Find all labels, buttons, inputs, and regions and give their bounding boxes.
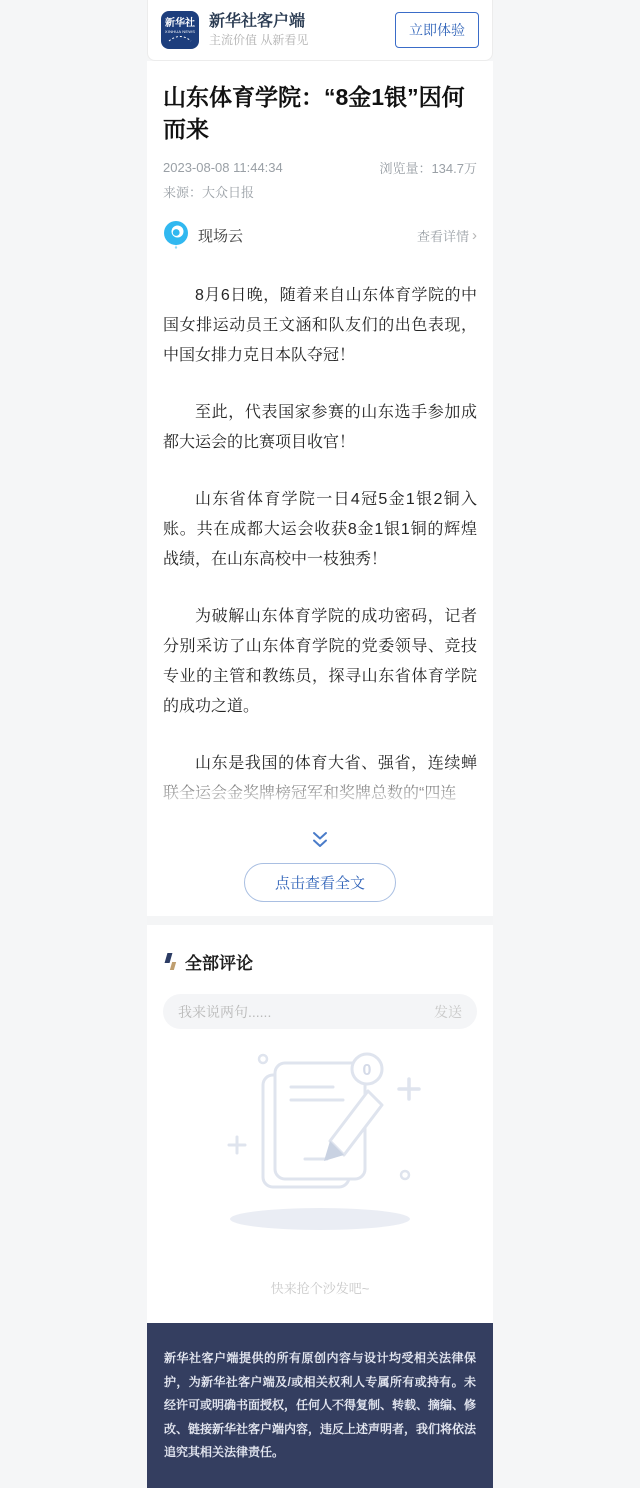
paragraph: 至此，代表国家参赛的山东选手参加成都大运会的比赛项目收官！ [163, 398, 477, 458]
legal-footer: 新华社客户端提供的所有原创内容与设计均受相关法律保护，为新华社客户端及/或相关权… [147, 1323, 493, 1488]
xinhua-logo: 新华社 XINHUA NEWS [161, 11, 199, 49]
text-fade-overlay [163, 767, 477, 809]
live-cloud-icon [163, 221, 189, 249]
article-body: 8月6日晚，随着来自山东体育学院的中国女排运动员王文涵和队友们的出色表现，中国女… [163, 281, 477, 809]
app-slogan: 主流价值 从新看见 [209, 32, 308, 48]
page-column: 新华社 XINHUA NEWS 新华社客户端 主流价值 从新看见 立即体验 山东… [147, 0, 493, 1488]
send-button[interactable]: 发送 [434, 1002, 462, 1022]
channel-row[interactable]: 现场云 查看详情 › [163, 221, 477, 249]
logo-en-text: XINHUA NEWS [165, 29, 195, 34]
comment-input-pill: 发送 [163, 994, 477, 1029]
app-header-card: 新华社 XINHUA NEWS 新华社客户端 主流价值 从新看见 立即体验 [147, 0, 493, 61]
legal-text: 新华社客户端提供的所有原创内容与设计均受相关法律保护，为新华社客户端及/或相关权… [164, 1347, 476, 1464]
paragraph: 山东省体育学院一日4冠5金1银2铜入账。共在成都大运会收获8金1银1铜的辉煌战绩… [163, 485, 477, 575]
chevron-right-icon: › [472, 229, 477, 242]
illustration-shadow [230, 1208, 410, 1230]
channel-name: 现场云 [198, 225, 417, 246]
empty-comments-hint: 快来抢个沙发吧~ [163, 1278, 477, 1297]
truncated-paragraph-wrap: 山东是我国的体育大省、强省，连续蝉联全运会金奖牌榜冠军和奖牌总数的“四连 [163, 749, 477, 809]
no-comments-illustration: 0 [163, 1047, 477, 1230]
app-identity: 新华社 XINHUA NEWS 新华社客户端 主流价值 从新看见 [161, 11, 308, 49]
comments-section: 全部评论 发送 0 快来抢个沙发吧~ [147, 925, 493, 1323]
article-source: 来源：大众日报 [163, 182, 477, 201]
section-divider [147, 916, 493, 925]
view-full-text-button[interactable]: 点击查看全文 [244, 863, 396, 902]
article-title: 山东体育学院：“8金1银”因何而来 [163, 81, 477, 145]
expand-area: 点击查看全文 [163, 809, 477, 916]
comments-header: 全部评论 [163, 949, 477, 974]
notepad-pencil-icon: 0 [205, 1047, 435, 1197]
logo-cn-text: 新华社 [165, 18, 195, 29]
app-name-block: 新华社客户端 主流价值 从新看见 [209, 12, 308, 48]
publish-time: 2023-08-08 11:44:34 [163, 160, 283, 175]
double-chevron-down-icon[interactable] [309, 831, 331, 854]
article-section: 山东体育学院：“8金1银”因何而来 2023-08-08 11:44:34 浏览… [147, 61, 493, 916]
view-count: 浏览量：134.7万 [379, 158, 477, 177]
paragraph: 8月6日晚，随着来自山东体育学院的中国女排运动员王文涵和队友们的出色表现，中国女… [163, 281, 477, 371]
empty-count-badge: 0 [363, 1062, 372, 1079]
view-details-link[interactable]: 查看详情 › [417, 226, 477, 245]
paragraph: 为破解山东体育学院的成功密码，记者分别采访了山东体育学院的党委领导、竞技专业的主… [163, 602, 477, 722]
view-details-label: 查看详情 [417, 226, 469, 245]
logo-arc-icon [167, 35, 193, 42]
comments-title: 全部评论 [185, 949, 253, 974]
article-meta-row: 2023-08-08 11:44:34 浏览量：134.7万 [163, 158, 477, 177]
comment-input[interactable] [178, 1004, 434, 1020]
app-name: 新华社客户端 [209, 12, 308, 32]
experience-now-button[interactable]: 立即体验 [395, 12, 479, 48]
comment-mark-icon [163, 953, 177, 971]
